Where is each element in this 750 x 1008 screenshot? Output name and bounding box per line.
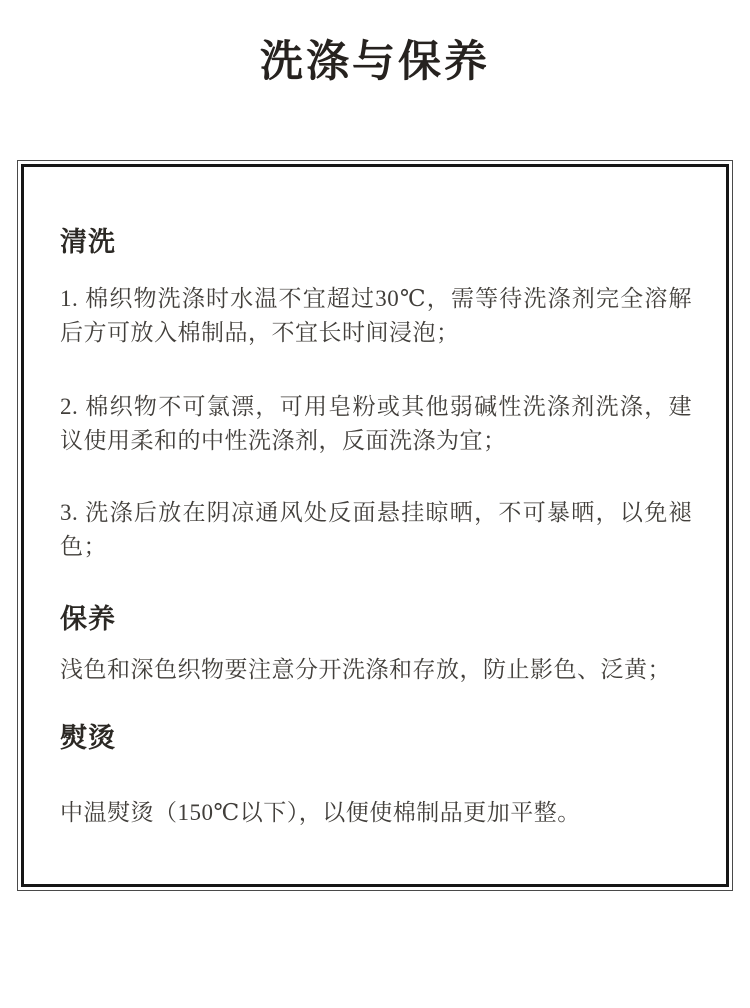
- page-title: 洗涤与保养: [0, 38, 750, 89]
- care-panel: 清洗 1. 棉织物洗涤时水温不宜超过30℃，需等待洗涤剂完全溶解后方可放入棉制品…: [21, 164, 729, 887]
- section-heading-cleaning: 清洗: [60, 227, 692, 258]
- section-heading-ironing: 熨烫: [60, 723, 692, 754]
- ironing-instruction: 中温熨烫（150℃以下），以便使棉制品更加平整。: [60, 796, 692, 830]
- care-instructions-page: 洗涤与保养 清洗 1. 棉织物洗涤时水温不宜超过30℃，需等待洗涤剂完全溶解后方…: [0, 0, 750, 1008]
- maintenance-instruction: 浅色和深色织物要注意分开洗涤和存放，防止影色、泛黄；: [60, 653, 692, 687]
- cleaning-instruction-2: 2. 棉织物不可氯漂，可用皂粉或其他弱碱性洗涤剂洗涤，建议使用柔和的中性洗涤剂，…: [60, 390, 692, 458]
- cleaning-instruction-3: 3. 洗涤后放在阴凉通风处反面悬挂晾晒，不可暴晒，以免褪色；: [60, 496, 692, 564]
- section-heading-maintenance: 保养: [60, 604, 692, 635]
- care-panel-frame: 清洗 1. 棉织物洗涤时水温不宜超过30℃，需等待洗涤剂完全溶解后方可放入棉制品…: [17, 160, 733, 891]
- cleaning-instruction-1: 1. 棉织物洗涤时水温不宜超过30℃，需等待洗涤剂完全溶解后方可放入棉制品，不宜…: [60, 282, 692, 350]
